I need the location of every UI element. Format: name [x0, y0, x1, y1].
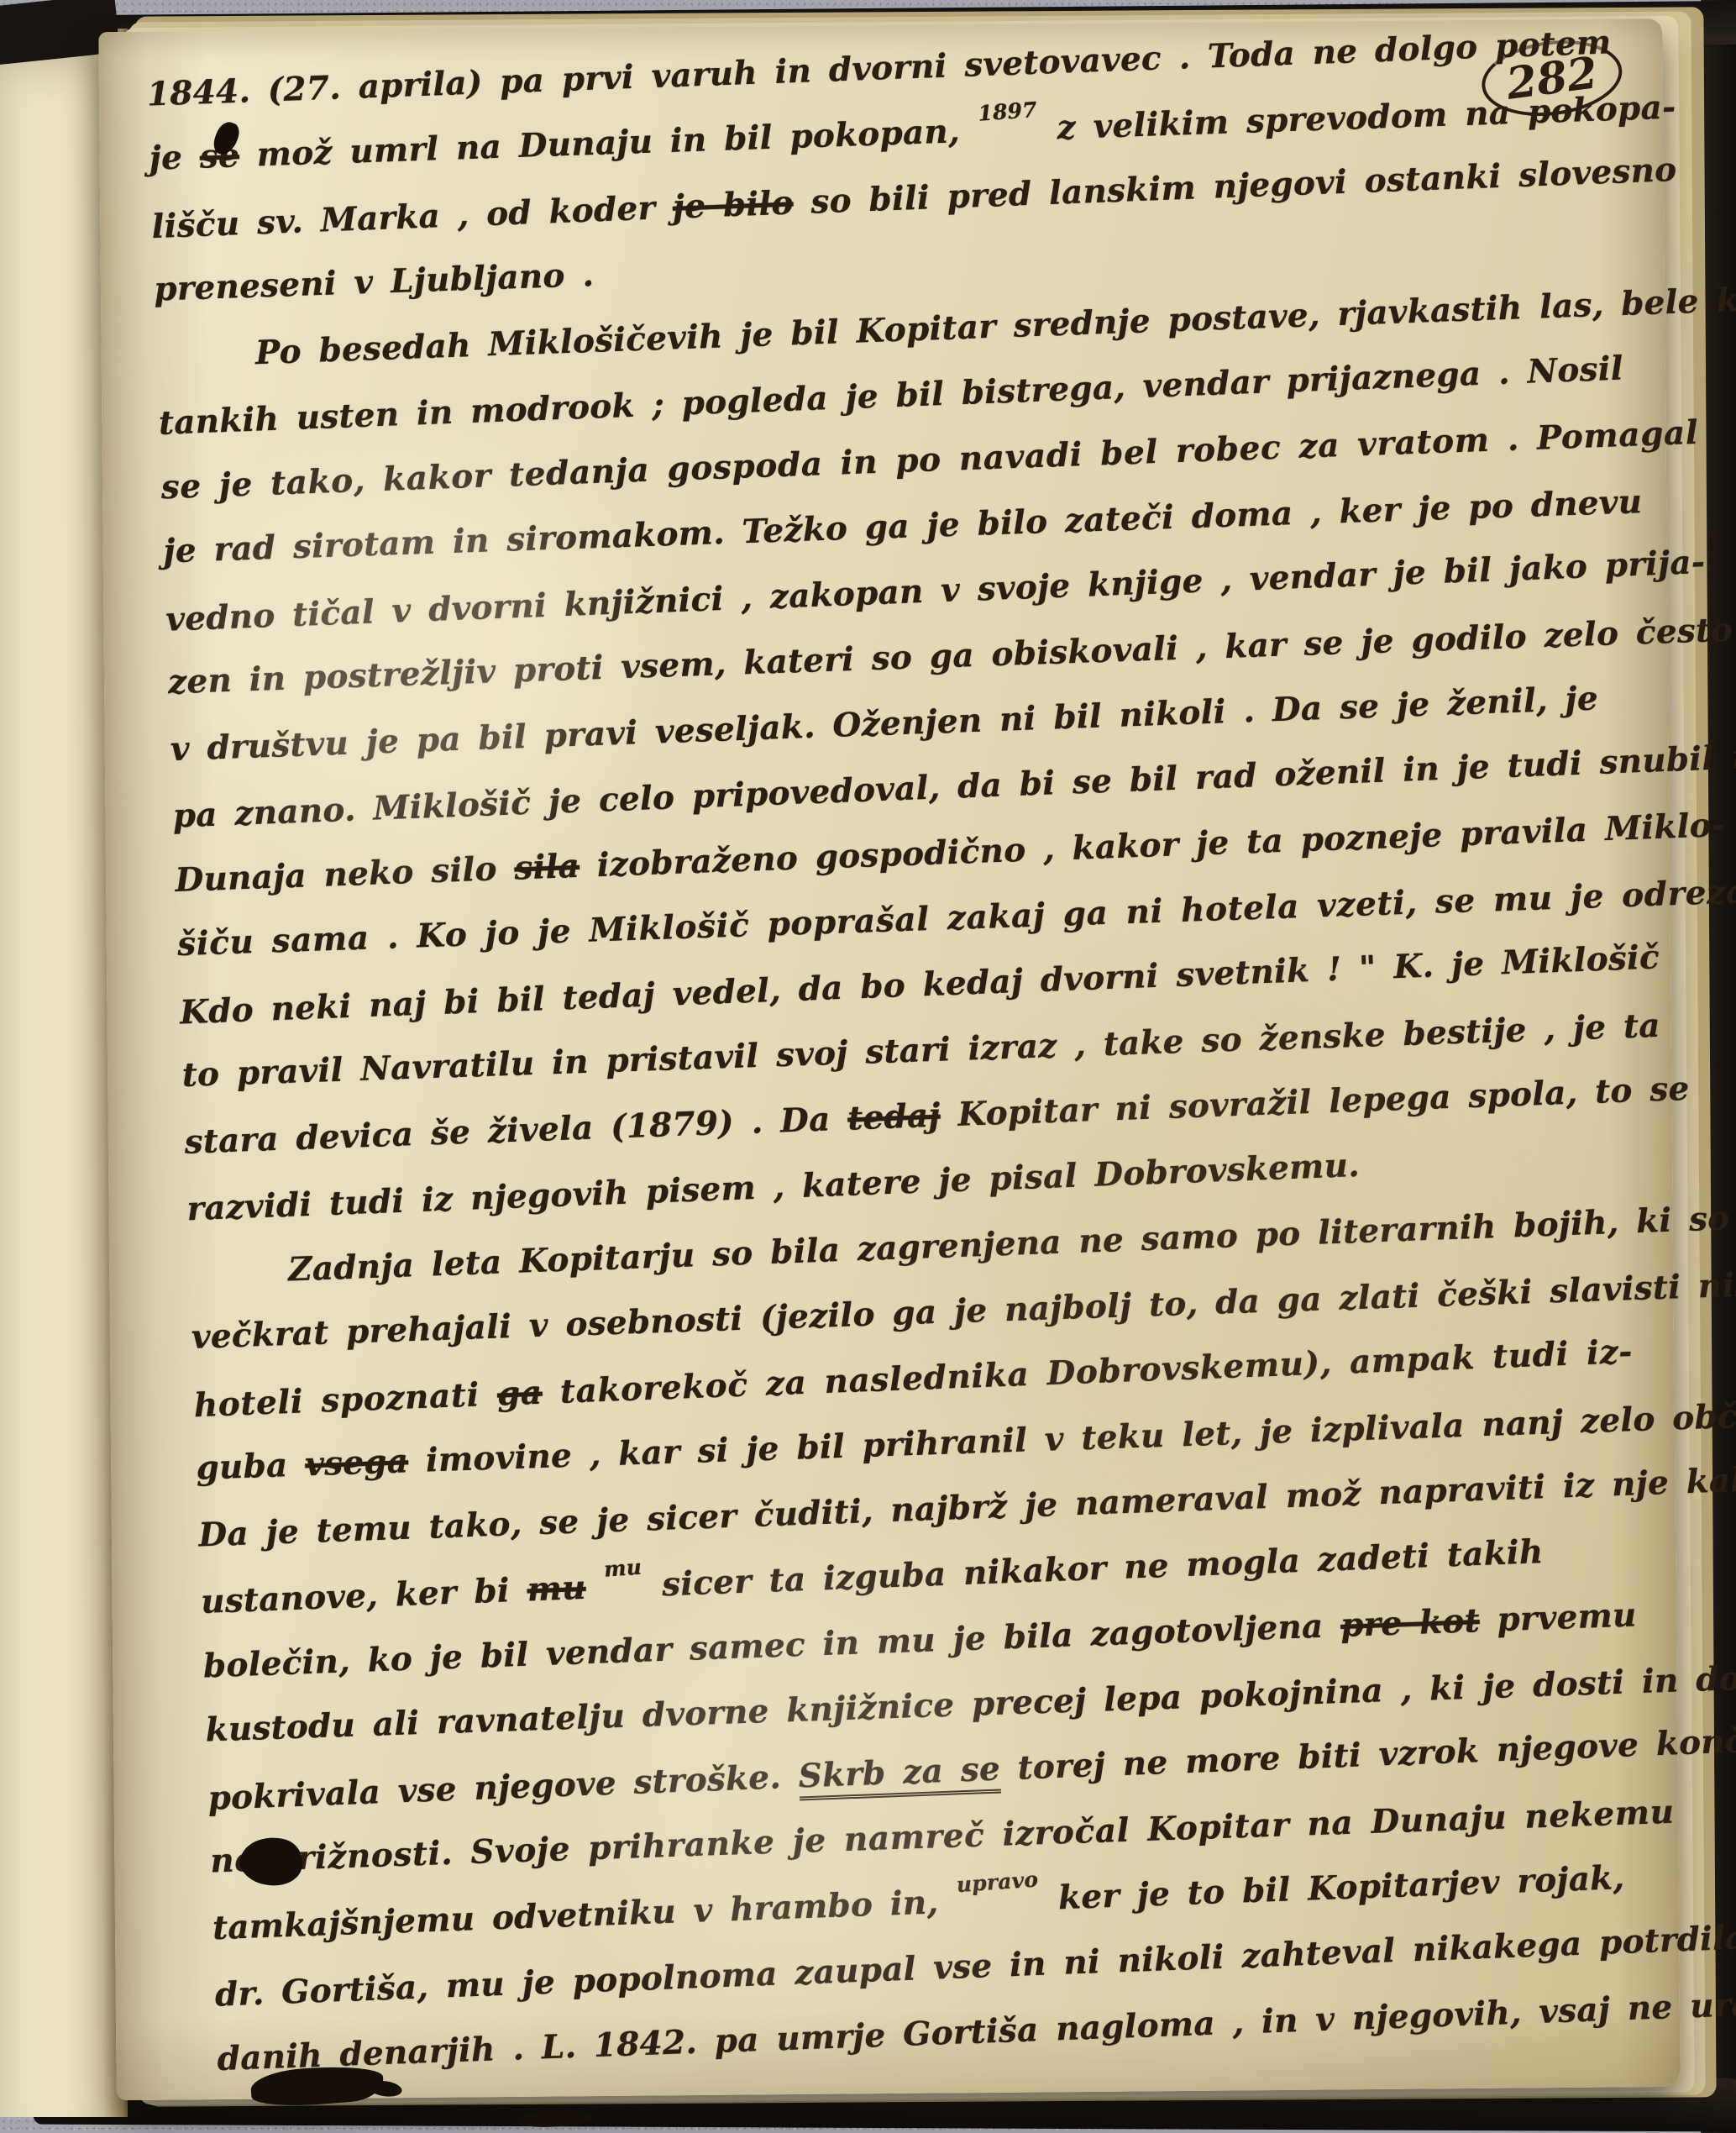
handwritten-line: bolečin, ko je bil vendar samec in mu je… — [202, 1580, 1689, 1699]
ink-blot — [368, 2079, 403, 2099]
handwritten-line: guba vsega imovine , kar si je bil prihr… — [195, 1385, 1681, 1500]
handwritten-line: to pravil Navratilu in pristavil svoj st… — [181, 993, 1667, 1108]
handwritten-line: stara devica še živela (1879) . Da tedaj… — [183, 1057, 1670, 1175]
handwritten-line: zen in postrežljiv proti vsem, kateri so… — [167, 600, 1654, 715]
handwritten-line: tamkajšnjemu odvetniku v hrambo in, upra… — [212, 1842, 1698, 1961]
handwritten-line: razvidi tudi iz njegovih pisem , katere … — [186, 1121, 1672, 1242]
handwritten-line: pokrivala vse njegove stroške. Skrb za s… — [207, 1710, 1693, 1831]
handwritten-line: Da je temu tako, se je sicer čuditi, naj… — [197, 1449, 1684, 1568]
ink-blot — [210, 119, 242, 158]
handwritten-line: večkrat prehajali v osebnosti (jezilo ga… — [191, 1254, 1677, 1369]
handwritten-line: preneseni v Ljubljano . — [153, 207, 1639, 322]
photo-scene: 282 1844. (27. aprila) pa prvi varuh in … — [0, 0, 1736, 2133]
handwritten-line: je se mož umrl na Dunaju in bil pokopan,… — [148, 76, 1634, 191]
handwritten-line: lišču sv. Marka , od koder je bilo so bi… — [150, 139, 1637, 260]
handwritten-line: v društvu je pa bil pravi veseljak. Ožen… — [170, 664, 1656, 782]
handwritten-line: Kdo neki naj bi bil tedaj vedel, da bo k… — [179, 924, 1665, 1045]
handwritten-line: danih denarjih . L. 1842. pa umrje Gorti… — [216, 1973, 1702, 2092]
handwritten-line: pa znano. Miklošič je celo pripovedoval,… — [171, 728, 1658, 848]
handwritten-line: kustodu ali ravnatelju dvorne knjižnice … — [204, 1647, 1691, 1763]
handwritten-line: Po besedah Miklošičevih je bil Kopitar s… — [155, 271, 1642, 389]
ink-blot — [236, 1831, 307, 1893]
handwritten-line: vedno tičal v dvorni knjižnici , zakopan… — [165, 531, 1651, 652]
handwritten-line: ne brižnosti. Svoje prihranke je namreč … — [209, 1778, 1696, 1894]
handwritten-line: Dunaja neko silo sila izobraženo gospodi… — [174, 795, 1660, 913]
page-number: 282 — [1503, 47, 1601, 110]
page-number-badge: 282 — [1477, 32, 1627, 123]
handwritten-line: se je tako, kakor tedanja gospoda in po … — [160, 402, 1646, 520]
handwritten-line: je rad sirotam in siromakom. Težko ga je… — [162, 469, 1649, 584]
handwritten-line: šiču sama . Ko jo je Miklošič poprašal z… — [176, 862, 1663, 977]
handwritten-line: hoteli spoznati ga takorekoč za nasledni… — [192, 1317, 1679, 1438]
manuscript-text: 1844. (27. aprila) pa prvi varuh in dvor… — [146, 8, 1702, 2092]
handwritten-line: Zadnja leta Kopitarju so bila zagrenjena… — [188, 1188, 1675, 1306]
handwritten-line: ustanove, ker bi mu mu sicer ta izguba n… — [200, 1514, 1686, 1635]
manuscript-page: 282 1844. (27. aprila) pa prvi varuh in … — [98, 18, 1680, 2100]
handwritten-line: dr. Gortiša, mu je popolnoma zaupal vse … — [214, 1906, 1701, 2027]
handwritten-line: tankih usten in modrook ; pogleda je bil… — [158, 335, 1644, 456]
